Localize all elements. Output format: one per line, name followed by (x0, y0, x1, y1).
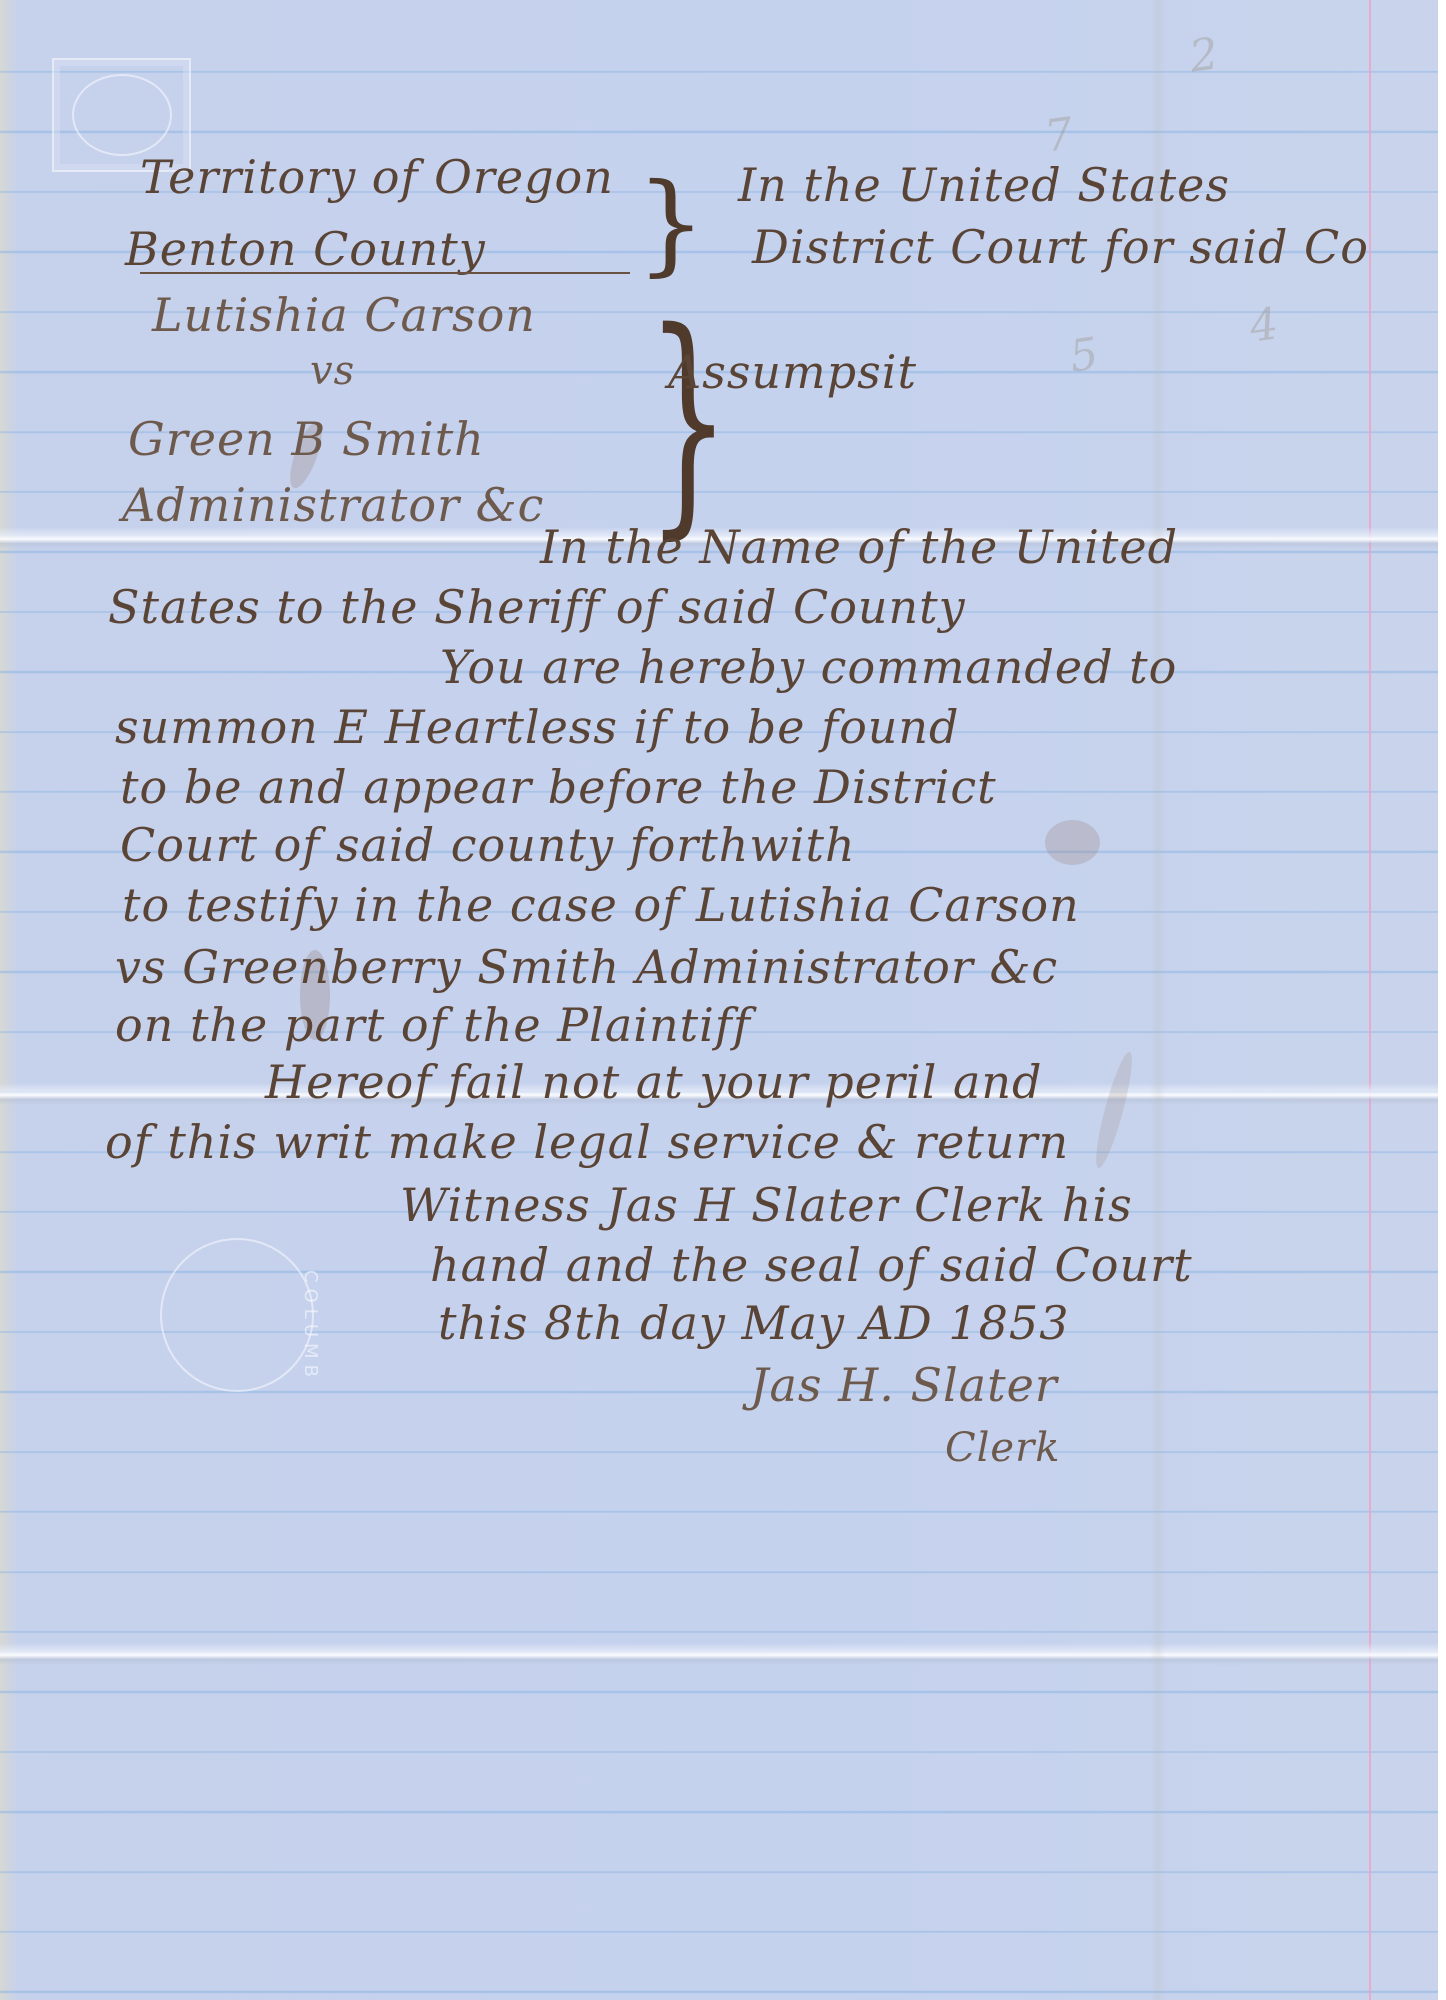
page-edge (1438, 0, 1446, 2000)
clerk-signature: Jas H. Slater (750, 1358, 1058, 1412)
embossed-seal-icon (160, 1238, 314, 1392)
plaintiff-name: Lutishia Carson (152, 288, 536, 342)
attestation-line: this 8th day May AD 1853 (438, 1296, 1069, 1350)
body-line: on the part of the Plaintiff (115, 998, 751, 1052)
defendant-role: Administrator &c (122, 478, 544, 532)
venue-underline (140, 272, 630, 274)
brace-venue: } (636, 168, 706, 278)
body-line: summon E Heartless if to be found (115, 700, 960, 754)
body-line: to be and appear before the District (120, 760, 997, 814)
defendant-name: Green B Smith (128, 412, 485, 466)
brace-parties: } (646, 300, 730, 540)
body-line: Court of said county forthwith (120, 818, 856, 872)
body-line: In the Name of the United (540, 520, 1178, 574)
margin-line (1369, 0, 1371, 2000)
fold-line (0, 1643, 1438, 1665)
seal-text: COLUMB (300, 1270, 321, 1383)
vertical-crease (1150, 0, 1166, 2000)
action-type: Assumpsit (668, 345, 917, 399)
clerk-title: Clerk (945, 1425, 1060, 1471)
body-line: of this writ make legal service & return (105, 1115, 1069, 1169)
court-line-1: In the United States (738, 158, 1230, 212)
body-line: States to the Sheriff of said County (108, 580, 966, 634)
venue-county: Benton County (125, 222, 486, 276)
body-line: Hereof fail not at your peril and (265, 1055, 1042, 1109)
court-line-2: District Court for said Co (752, 220, 1369, 274)
attestation-line: hand and the seal of said Court (430, 1238, 1193, 1292)
body-line: to testify in the case of Lutishia Carso… (122, 878, 1080, 932)
venue-territory: Territory of Oregon (140, 150, 614, 204)
versus-label: vs (310, 348, 355, 394)
attestation-line: Witness Jas H Slater Clerk his (400, 1178, 1133, 1232)
ink-stain (1045, 820, 1100, 865)
body-line: You are hereby commanded to (440, 640, 1177, 694)
body-line: vs Greenberry Smith Administrator &c (115, 940, 1058, 994)
